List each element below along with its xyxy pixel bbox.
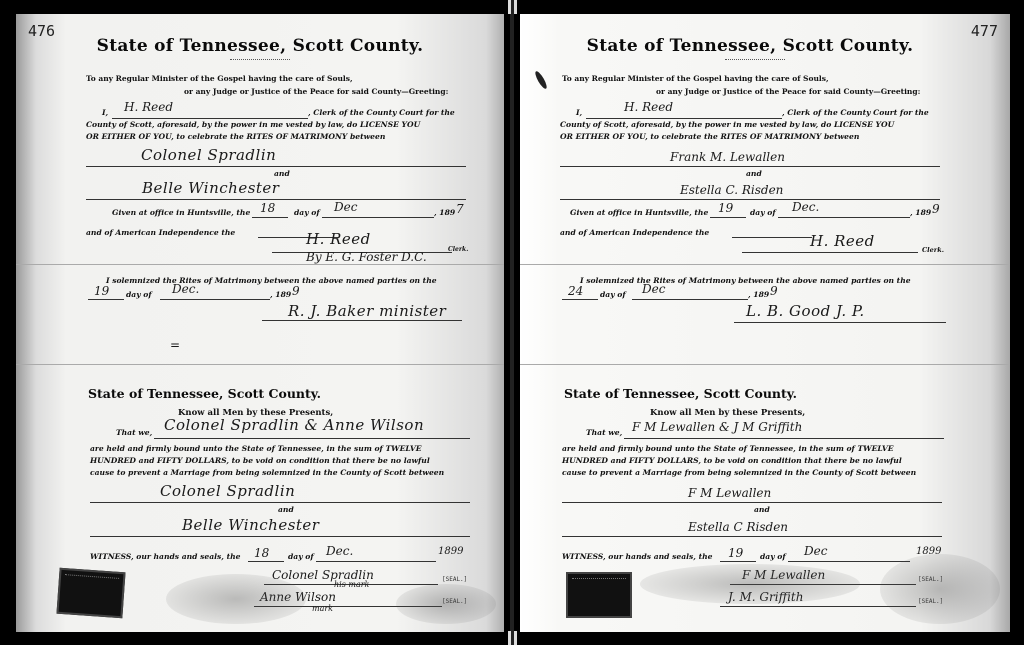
bond-body-2: HUNDRED and FIFTY DOLLARS, to be void on…: [90, 456, 430, 465]
given-day-of: day of: [294, 208, 320, 217]
license-body-1: County of Scott, aforesaid, by the power…: [86, 120, 420, 129]
fill-line: [86, 166, 466, 167]
bond-body-1: are held and firmly bound unto the State…: [90, 444, 422, 453]
fill-line: [732, 237, 812, 238]
greeting-line-1: To any Regular Minister of the Gospel ha…: [86, 74, 353, 83]
bond-groom: Colonel Spradlin: [160, 482, 295, 500]
return-year-prefix: , 189: [748, 290, 769, 299]
fill-line: [562, 299, 598, 300]
clerk-prefix: I,: [102, 108, 108, 117]
bond-title: State of Tennessee, Scott County.: [88, 386, 321, 401]
given-year-prefix: , 189: [434, 208, 455, 217]
binding-clip: [514, 631, 517, 645]
deputy-signature: By E. G. Foster D.C.: [306, 250, 427, 264]
fill-line: [742, 252, 918, 253]
bride-name: Belle Winchester: [142, 179, 279, 197]
that-we-prefix: That we,: [116, 428, 152, 437]
solemnized-text: I solemnized the Rites of Matrimony betw…: [580, 276, 911, 285]
bond-body-1: are held and firmly bound unto the State…: [562, 444, 894, 453]
return-mark: =: [170, 338, 180, 352]
fill-line: [734, 322, 946, 323]
return-day: 24: [568, 284, 583, 298]
fill-line: [624, 438, 944, 439]
return-year-digit: 9: [292, 284, 300, 298]
witness-month: Dec: [804, 544, 827, 558]
binding-clip: [508, 631, 511, 645]
book-binding: [504, 0, 520, 645]
given-prefix: Given at office in Huntsville, the: [570, 208, 708, 217]
marriage-license: State of Tennessee, Scott County. To any…: [520, 36, 1010, 60]
given-day: 18: [260, 201, 275, 215]
given-day: 19: [718, 201, 733, 215]
bond-groom: F M Lewallen: [688, 486, 771, 500]
groom-name: Colonel Spradlin: [141, 146, 276, 164]
bond-body-2: HUNDRED and FIFTY DOLLARS, to be void on…: [562, 456, 902, 465]
return-year-digit: 9: [770, 284, 778, 298]
section-divider: [520, 364, 1010, 365]
that-we-prefix: That we,: [586, 428, 622, 437]
fill-line: [88, 299, 124, 300]
witness-day-of: day of: [760, 552, 786, 561]
section-divider: [520, 264, 1010, 265]
witness-prefix: WITNESS, our hands and seals, the: [562, 552, 712, 561]
section-divider: [16, 264, 504, 265]
greeting-line-2: or any Judge or Justice of the Peace for…: [184, 87, 448, 96]
smudge: [880, 554, 1000, 624]
fill-line: [632, 299, 748, 300]
bond-heading: Know all Men by these Presents,: [650, 408, 805, 418]
clerk-label: Clerk.: [922, 246, 944, 254]
left-page: 476 State of Tennessee, Scott County. To…: [16, 14, 504, 632]
given-prefix: Given at office in Huntsville, the: [112, 208, 250, 217]
bond-signature-1-note: his mark: [334, 580, 369, 589]
fill-line: [160, 299, 270, 300]
fill-line: [248, 561, 284, 562]
clerk-suffix: , Clerk of the County Court for the: [308, 108, 455, 117]
fill-line: [316, 561, 436, 562]
bond-obligors: F M Lewallen & J M Griffith: [632, 420, 802, 434]
right-page: 477 State of Tennessee, Scott County. To…: [520, 14, 1010, 632]
bond-bride: Estella C Risden: [688, 520, 788, 534]
given-day-of: day of: [750, 208, 776, 217]
groom-name: Frank M. Lewallen: [670, 150, 785, 164]
fill-line: [710, 217, 746, 218]
bond-and: and: [278, 505, 294, 514]
bond-and: and: [754, 505, 770, 514]
bond-title: State of Tennessee, Scott County.: [564, 386, 797, 401]
fill-line: [262, 320, 462, 321]
greeting-line-2: or any Judge or Justice of the Peace for…: [656, 87, 920, 96]
clerk-signature: H. Reed: [810, 232, 875, 250]
license-body-1: County of Scott, aforesaid, by the power…: [560, 120, 894, 129]
fill-line: [788, 561, 910, 562]
clerk-suffix: , Clerk of the County Court for the: [782, 108, 929, 117]
return-day: 19: [94, 284, 109, 298]
fill-line: [86, 199, 466, 200]
given-month: Dec: [334, 200, 357, 214]
witness-day-of: day of: [288, 552, 314, 561]
clerk-signature: H. Reed: [306, 230, 371, 248]
officiant-signature: R. J. Baker minister: [288, 302, 446, 320]
solemnized-text: I solemnized the Rites of Matrimony betw…: [106, 276, 437, 285]
fill-line: [90, 502, 470, 503]
license-body-2: OR EITHER OF YOU, to celebrate the RITES…: [86, 132, 385, 141]
and-label: and: [746, 169, 762, 178]
return-day-of: day of: [126, 290, 152, 299]
fill-line: [112, 118, 308, 119]
clerk-name: H. Reed: [624, 100, 673, 114]
fill-line: [778, 217, 910, 218]
return-month: Dec.: [172, 282, 199, 296]
revenue-stamp: [56, 568, 125, 618]
smudge: [166, 574, 306, 624]
witness-month: Dec.: [326, 544, 353, 558]
return-year-prefix: , 189: [270, 290, 291, 299]
bride-name: Estella C. Risden: [680, 183, 783, 197]
ink-mark: [533, 70, 548, 90]
fill-line: [562, 536, 942, 537]
bond-obligors: Colonel Spradlin & Anne Wilson: [164, 416, 424, 434]
fill-line: [560, 166, 940, 167]
license-title: State of Tennessee, Scott County.: [520, 36, 1010, 56]
clerk-name: H. Reed: [124, 100, 173, 114]
fill-line: [560, 199, 940, 200]
and-label: and: [274, 169, 290, 178]
fill-line: [562, 502, 942, 503]
clerk-label: Clerk.: [448, 246, 468, 253]
witness-day: 18: [254, 546, 269, 560]
marriage-license: State of Tennessee, Scott County. To any…: [16, 36, 504, 60]
fill-line: [720, 606, 916, 607]
clerk-prefix: I,: [576, 108, 582, 117]
binding-clip: [508, 0, 511, 14]
title-ornament: [230, 59, 290, 60]
fill-line: [720, 561, 756, 562]
seal-label: [SEAL.]: [442, 576, 467, 583]
revenue-stamp: [566, 572, 632, 618]
given-month: Dec.: [792, 200, 819, 214]
return-day-of: day of: [600, 290, 626, 299]
smudge: [640, 564, 860, 604]
witness-prefix: WITNESS, our hands and seals, the: [90, 552, 240, 561]
bond-body-3: cause to prevent a Marriage from being s…: [90, 468, 444, 477]
independence-label: and of American Independence the: [560, 228, 709, 237]
witness-day: 19: [728, 546, 743, 560]
license-body-2: OR EITHER OF YOU, to celebrate the RITES…: [560, 132, 859, 141]
fill-line: [586, 118, 782, 119]
officiant-signature: L. B. Good J. P.: [746, 302, 865, 320]
bond-bride: Belle Winchester: [182, 516, 319, 534]
fill-line: [90, 536, 470, 537]
title-ornament: [725, 59, 785, 60]
bond-signature-2-note: mark: [312, 604, 333, 613]
independence-label: and of American Independence the: [86, 228, 235, 237]
binding-clip: [514, 0, 517, 14]
witness-year: 1899: [438, 546, 463, 557]
greeting-line-1: To any Regular Minister of the Gospel ha…: [562, 74, 829, 83]
section-divider: [16, 364, 504, 365]
given-year-digit: 7: [456, 202, 464, 216]
given-year-digit: 9: [932, 202, 940, 216]
return-month: Dec: [642, 282, 665, 296]
fill-line: [252, 217, 288, 218]
given-year-prefix: , 189: [910, 208, 931, 217]
license-title: State of Tennessee, Scott County.: [16, 36, 504, 56]
smudge: [396, 584, 496, 624]
bond-body-3: cause to prevent a Marriage from being s…: [562, 468, 916, 477]
fill-line: [322, 217, 434, 218]
fill-line: [154, 438, 470, 439]
